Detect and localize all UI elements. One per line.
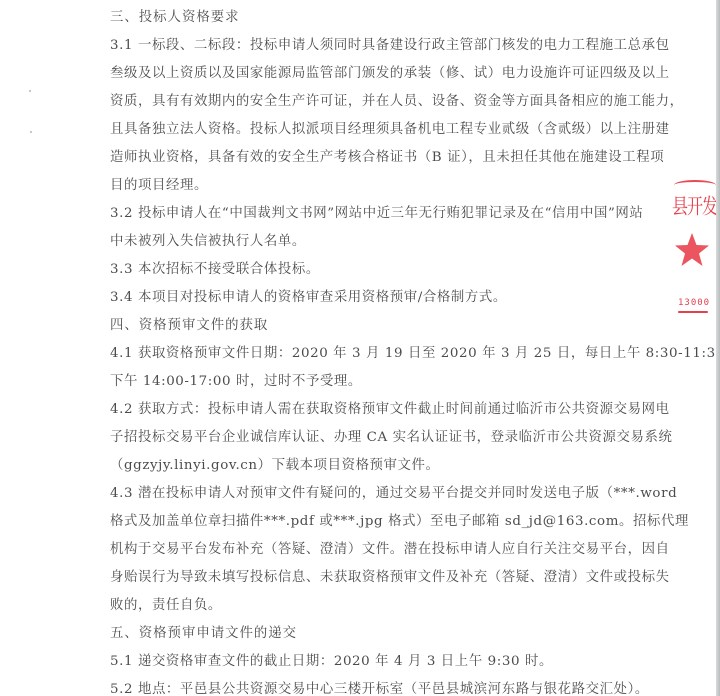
star-icon	[674, 232, 710, 268]
paragraph-line: 资质，具有有效期内的安全生产许可证，并在人员、设备、资金等方面具备相应的施工能力…	[110, 88, 640, 116]
paragraph-line: 身贻误行为导致未填写投标信息、未获取资格预审文件及补充（答疑、澄清）文件或投标失	[110, 564, 640, 592]
paragraph-line: 中未被列入失信被执行人名单。	[110, 228, 640, 256]
paragraph-line: 4.3 潜在投标申请人对预审文件有疑问的，通过交易平台提交并同时发送电子版（**…	[110, 480, 640, 508]
paragraph-line: （ggzyjy.linyi.gov.cn）下载本项目资格预审文件。	[110, 452, 640, 480]
paragraph-line: 败的，责任自负。	[110, 592, 640, 620]
stamp-underline	[678, 311, 708, 313]
official-seal-stamp: 县开发 13000	[672, 180, 716, 330]
paragraph-line: 机构于交易平台发布补充（答疑、澄清）文件。潜在投标申请人应自行关注交易平台，因自	[110, 536, 640, 564]
paragraph-line: 格式及加盖单位章扫描件***.pdf 或***.jpg 格式）至电子邮箱 sd_…	[110, 508, 640, 536]
paragraph-line: 下午 14:00-17:00 时，过时不予受理。	[110, 368, 640, 396]
section-heading-document-acquisition: 四、资格预审文件的获取	[110, 312, 640, 340]
stamp-arc	[674, 180, 716, 190]
paragraph-line: 3.3 本次招标不接受联合体投标。	[110, 256, 640, 284]
document-page: 三、投标人资格要求 3.1 一标段、二标段：投标申请人须同时具备建设行政主管部门…	[0, 0, 716, 696]
paragraph-line: 5.2 地点：平邑县公共资源交易中心三楼开标室（平邑县城滨河东路与银花路交汇处）…	[110, 676, 640, 696]
paragraph-line: 且具备独立法人资格。投标人拟派项目经理须具备机电工程专业贰级（含贰级）以上注册建	[110, 116, 640, 144]
paragraph-line: 3.1 一标段、二标段：投标申请人须同时具备建设行政主管部门核发的电力工程施工总…	[110, 32, 640, 60]
page-edge-border	[716, 0, 720, 696]
document-body: 三、投标人资格要求 3.1 一标段、二标段：投标申请人须同时具备建设行政主管部门…	[110, 4, 640, 696]
paragraph-line: 5.1 递交资格审查文件的截止日期：2020 年 4 月 3 日上午 9:30 …	[110, 648, 640, 676]
section-heading-submission: 五、资格预审申请文件的递交	[110, 620, 640, 648]
paragraph-line: 子招投标交易平台企业诚信库认证、办理 CA 实名认证证书，登录临沂市公共资源交易…	[110, 424, 640, 452]
paragraph-line: 4.2 获取方式：投标申请人需在获取资格预审文件截止时间前通过临沂市公共资源交易…	[110, 396, 640, 424]
paragraph-line: 3.2 投标申请人在“中国裁判文书网”网站中近三年无行贿犯罪记录及在“信用中国”…	[110, 200, 640, 228]
paragraph-line: 造师执业资格，具备有效的安全生产考核合格证书（B 证），且未担任其他在施建设工程…	[110, 144, 640, 172]
section-heading-qualification: 三、投标人资格要求	[110, 4, 640, 32]
paragraph-line: 叁级及以上资质以及国家能源局监管部门颁发的承装（修、试）电力设施许可证四级及以上	[110, 60, 640, 88]
stamp-code: 13000	[678, 298, 710, 308]
stamp-text: 县开发	[672, 190, 717, 220]
scan-speck	[30, 131, 32, 133]
paragraph-line: 3.4 本项目对投标申请人的资格审查采用资格预审/合格制方式。	[110, 284, 640, 312]
scan-speck	[29, 90, 31, 92]
paragraph-line: 4.1 获取资格预审文件日期：2020 年 3 月 19 日至 2020 年 3…	[110, 340, 640, 368]
paragraph-line: 目的项目经理。	[110, 172, 640, 200]
